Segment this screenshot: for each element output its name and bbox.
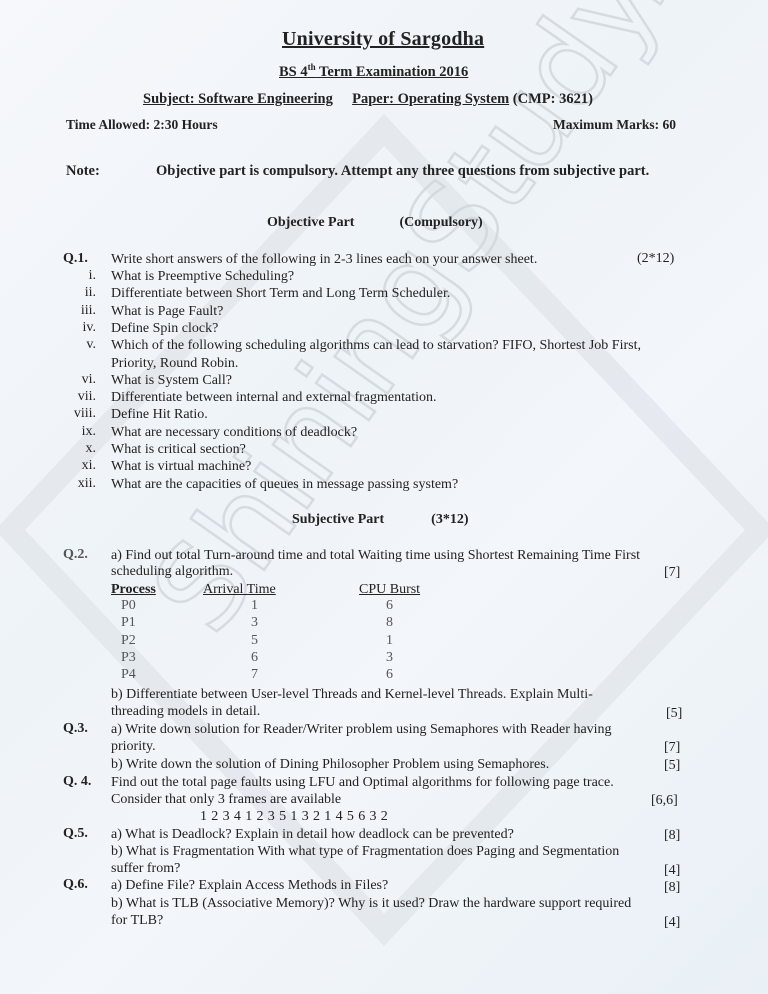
q1-item-text: Define Spin clock? [111,320,218,337]
q1-item-text: What is System Call? [111,372,232,389]
objective-heading: Objective Part (Compulsory) [267,215,483,231]
table-header-process: Process [111,581,156,598]
q3a-line1: a) Write down solution for Reader/Writer… [111,721,612,738]
q1-item-text: Which of the following scheduling algori… [111,337,641,354]
table-header-arrival: Arrival Time [203,581,276,598]
q6b-line1: b) What is TLB (Associative Memory)? Why… [111,895,631,912]
q1-item-number: vii. [56,389,96,405]
q5a-marks: [8] [664,828,680,844]
q1-item-text: What are necessary conditions of deadloc… [111,424,357,441]
q2b-line1: b) Differentiate between User-level Thre… [111,686,593,703]
q6b-line2: for TLB? [111,912,163,929]
q6-number: Q.6. [63,877,88,893]
q1-item-text: Differentiate between internal and exter… [111,389,436,406]
university-title: University of Sargodha [282,28,484,51]
course-code: (CMP: 3621) [513,91,593,107]
q1-item-text: What is Page Fault? [111,303,223,320]
note-text: Objective part is compulsory. Attempt an… [156,163,649,180]
q1-item-number: x. [56,441,96,457]
exam-title: BS 4th Term Examination 2016 [279,62,468,81]
q4-marks: [6,6] [651,793,678,809]
table-cell: 8 [386,614,393,631]
q1-item-number: xii. [56,476,96,492]
table-header-burst: CPU Burst [359,581,420,598]
table-cell: 3 [251,614,258,631]
q5-number: Q.5. [63,826,88,842]
q1-instruction: Write short answers of the following in … [111,251,537,268]
subject: Subject: Software Engineering [143,91,333,107]
time-allowed: Time Allowed: 2:30 Hours [66,117,218,133]
q4-line1: Find out the total page faults using LFU… [111,774,614,791]
table-cell: P3 [121,649,136,666]
q1-item-text: What are the capacities of queues in mes… [111,476,458,493]
paper: Paper: Operating System [352,91,509,107]
q1-item-number: i. [56,268,96,284]
q2b-line2: threading models in detail. [111,703,260,720]
table-cell: P2 [121,632,136,649]
q2b-marks: [5] [666,706,682,722]
q1-item-text: What is Preemptive Scheduling? [111,268,294,285]
q5b-line2: suffer from? [111,860,180,877]
table-cell: 7 [251,666,258,683]
q5a-line1: a) What is Deadlock? Explain in detail h… [111,826,514,843]
q6a-line1: a) Define File? Explain Access Methods i… [111,877,388,894]
q1-item-text: What is critical section? [111,441,246,458]
q5b-line1: b) What is Fragmentation With what type … [111,843,619,860]
q1-item-number: iv. [56,320,96,336]
subjective-heading: Subjective Part (3*12) [292,512,468,528]
q4-line2: Consider that only 3 frames are availabl… [111,791,341,808]
q1-item-number: vi. [56,372,96,388]
table-cell: P4 [121,666,136,683]
note-label: Note: [66,163,100,180]
exam-paper: University of Sargodha BS 4th Term Exami… [0,0,768,994]
q3a-line2: priority. [111,738,156,755]
table-cell: 6 [386,666,393,683]
q1-item-number: xi. [56,458,96,474]
q2a-marks: [7] [664,565,680,581]
q1-item-number: iii. [56,303,96,319]
q1-item-text: Define Hit Ratio. [111,406,208,423]
q1-item-number: viii. [56,406,96,422]
table-cell: 6 [386,597,393,614]
table-cell: 1 [251,597,258,614]
q2a-line1: a) Find out total Turn-around time and t… [111,547,640,564]
q4-number: Q. 4. [63,774,91,790]
q1-item-number: v. [56,337,96,353]
q5b-marks: [4] [664,863,680,879]
q6b-marks: [4] [664,915,680,931]
table-cell: 3 [386,649,393,666]
table-cell: P0 [121,597,136,614]
page-trace: 1 2 3 4 1 2 3 5 1 3 2 1 4 5 6 3 2 [200,808,388,825]
q1-number: Q.1. [63,251,88,267]
q3a-marks: [7] [664,740,680,756]
q3-number: Q.3. [63,721,88,737]
q3b-marks: [5] [664,758,680,774]
q1-item-number: ii. [56,285,96,301]
q6a-marks: [8] [664,880,680,896]
table-cell: P1 [121,614,136,631]
q2a-line2: scheduling algorithm. [111,563,233,580]
q1-item-text: Differentiate between Short Term and Lon… [111,285,450,302]
table-cell: 5 [251,632,258,649]
max-marks: Maximum Marks: 60 [553,117,676,133]
q1-item-text: What is virtual machine? [111,458,251,475]
table-cell: 6 [251,649,258,666]
q1-item-text-continued: Priority, Round Robin. [111,355,238,372]
q3b-line1: b) Write down the solution of Dining Phi… [111,756,549,773]
table-cell: 1 [386,632,393,649]
q1-marks: (2*12) [637,251,674,267]
q2-number: Q.2. [63,547,88,563]
subject-line: Subject: Software Engineering Paper: Ope… [143,91,593,108]
q1-item-number: ix. [56,424,96,440]
